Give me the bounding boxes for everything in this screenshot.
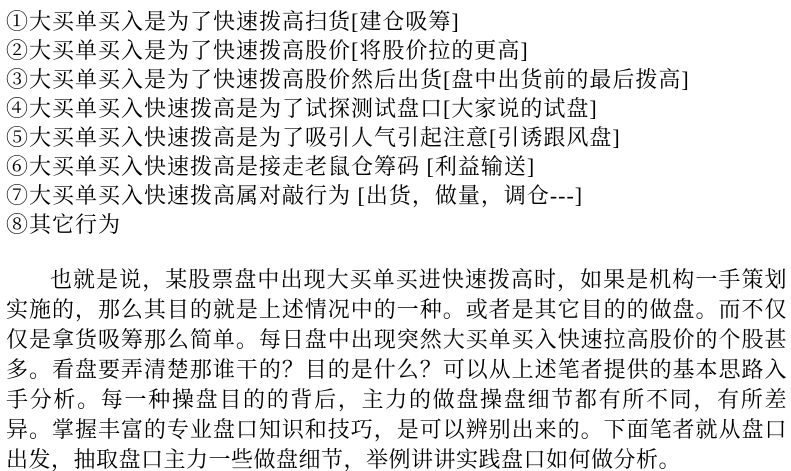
document-page: ①大买单买入是为了快速拨高扫货[建仓吸筹] ②大买单买入是为了快速拨高股价[将股… bbox=[0, 0, 791, 471]
list-item: ②大买单买入是为了快速拨高股价[将股价拉的更高] bbox=[6, 36, 789, 65]
numbered-list: ①大买单买入是为了快速拨高扫货[建仓吸筹] ②大买单买入是为了快速拨高股价[将股… bbox=[6, 7, 789, 239]
list-item: ④大买单买入快速拨高是为了试探测试盘口[大家说的试盘] bbox=[6, 94, 789, 123]
list-item: ⑥大买单买入快速拨高是接走老鼠仓筹码 [利益输送] bbox=[6, 152, 789, 181]
list-item: ③大买单买入是为了快速拨高股价然后出货[盘中出货前的最后拨高] bbox=[6, 65, 789, 94]
list-item: ⑤大买单买入快速拨高是为了吸引人气引起注意[引诱跟风盘] bbox=[6, 123, 789, 152]
list-item: ①大买单买入是为了快速拨高扫货[建仓吸筹] bbox=[6, 7, 789, 36]
list-item: ⑧其它行为 bbox=[6, 210, 789, 239]
list-item: ⑦大买单买入快速拨高属对敲行为 [出货，做量，调仓---] bbox=[6, 181, 789, 210]
body-paragraph: 也就是说，某股票盘中出现大买单买进快速拨高时，如果是机构一手策划实施的，那么其目… bbox=[6, 265, 789, 471]
